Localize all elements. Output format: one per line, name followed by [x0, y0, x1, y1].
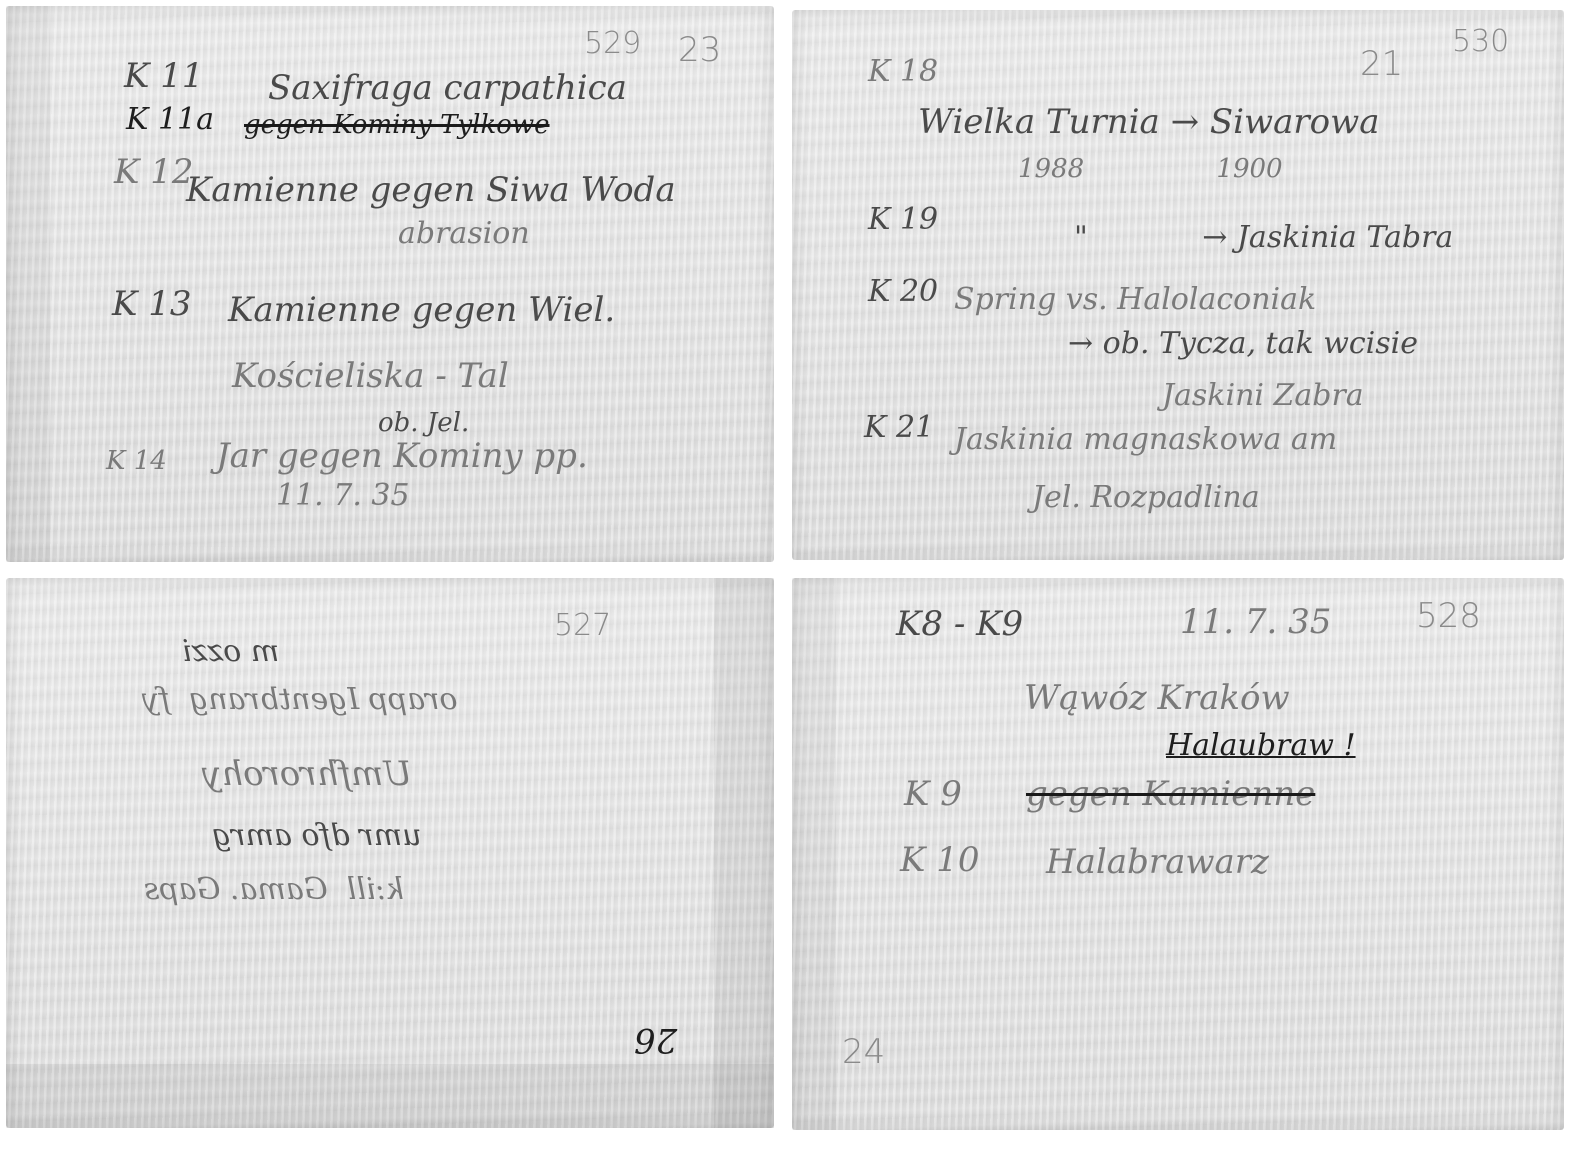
specimen-code: K 10 [900, 840, 979, 880]
specimen-label: → ob. Tycza, tak wcisie [1068, 326, 1418, 361]
specimen-code: K 20 [868, 274, 938, 309]
specimen-label: Halabrawarz [1046, 842, 1269, 882]
envelope-bottom-right: K8 - K9 11. 7. 35 528 Wąwóz Kraków Halau… [792, 578, 1564, 1130]
envelope-top-right: 21 530 K 18 Wielka Turnia → Siwarowa 198… [792, 10, 1564, 560]
specimen-code: K 13 [112, 284, 191, 324]
collection-date: 11. 7. 35 [276, 478, 410, 513]
page-number: 24 [842, 1032, 885, 1072]
catalog-number: 528 [1416, 596, 1481, 636]
specimen-label: Spring vs. Halolaconiak [954, 282, 1316, 317]
page-number: 21 [1360, 44, 1403, 84]
envelope-flap [6, 1064, 774, 1128]
bleed-through-text: Umfhrorohy [202, 754, 412, 794]
specimen-label: 1988 1900 [1018, 154, 1283, 184]
specimen-label: abrasion [398, 216, 530, 251]
bleed-through-text: orapp Igentbrang fy [142, 682, 458, 717]
specimen-label: Jaskini Zabra [1162, 378, 1364, 413]
specimen-code: K 19 [868, 202, 938, 237]
specimen-label: Kościeliska - Tal [232, 356, 509, 396]
envelope-top-left: 529 23 K 11 Saxifraga carpathica K 11a g… [6, 6, 774, 562]
specimen-code: K 12 [114, 152, 193, 192]
specimen-label: Jar gegen Kominy pp. [216, 436, 588, 476]
envelope-flap [6, 6, 50, 562]
catalog-number: 527 [554, 608, 611, 643]
specimen-label: Wielka Turnia → Siwarowa [918, 102, 1380, 142]
envelope-bottom-left: 527 m ozzi orapp Igentbrang fy Umfhroroh… [6, 578, 774, 1128]
specimen-code: K 14 [106, 446, 167, 476]
bleed-through-text: umr dfo amrg [212, 818, 421, 853]
page-number: 23 [678, 30, 721, 70]
specimen-label: Saxifraga carpathica [268, 68, 627, 108]
specimen-label: Wąwóz Kraków [1024, 678, 1290, 718]
specimen-label: Kamienne gegen Wiel. [228, 290, 615, 330]
collection-date: 11. 7. 35 [1180, 602, 1331, 642]
specimen-label: " → Jaskinia Tabra [1074, 220, 1453, 255]
specimen-label: ob. Jel. [378, 408, 469, 438]
catalog-number: 530 [1452, 24, 1509, 59]
specimen-code: K 9 [904, 774, 962, 814]
specimen-label: Jaskinia magnaskowa am [954, 422, 1337, 457]
specimen-code: K 18 [868, 54, 938, 89]
envelope-flap [714, 578, 774, 1128]
bleed-through-text: k:ill Gama. Gaps [144, 872, 404, 907]
specimen-label: Kamienne gegen Siwa Woda [186, 170, 676, 210]
envelope-flap [792, 578, 836, 1130]
specimen-label-struck: gegen Kominy Tylkowe [244, 110, 550, 140]
page-number: 26 [634, 1020, 677, 1060]
specimen-label: Jel. Rozpadlina [1032, 480, 1260, 515]
specimen-code: K 11 [124, 56, 203, 96]
catalog-number: 529 [584, 26, 641, 61]
specimen-label: Halaubraw ! [1166, 728, 1356, 763]
specimen-label-struck: gegen Kamienne [1026, 774, 1315, 814]
specimen-code-range: K8 - K9 [896, 604, 1023, 644]
specimen-code: K 21 [864, 410, 934, 445]
bleed-through-text: m ozzi [182, 634, 279, 669]
specimen-code: K 11a [126, 102, 214, 137]
